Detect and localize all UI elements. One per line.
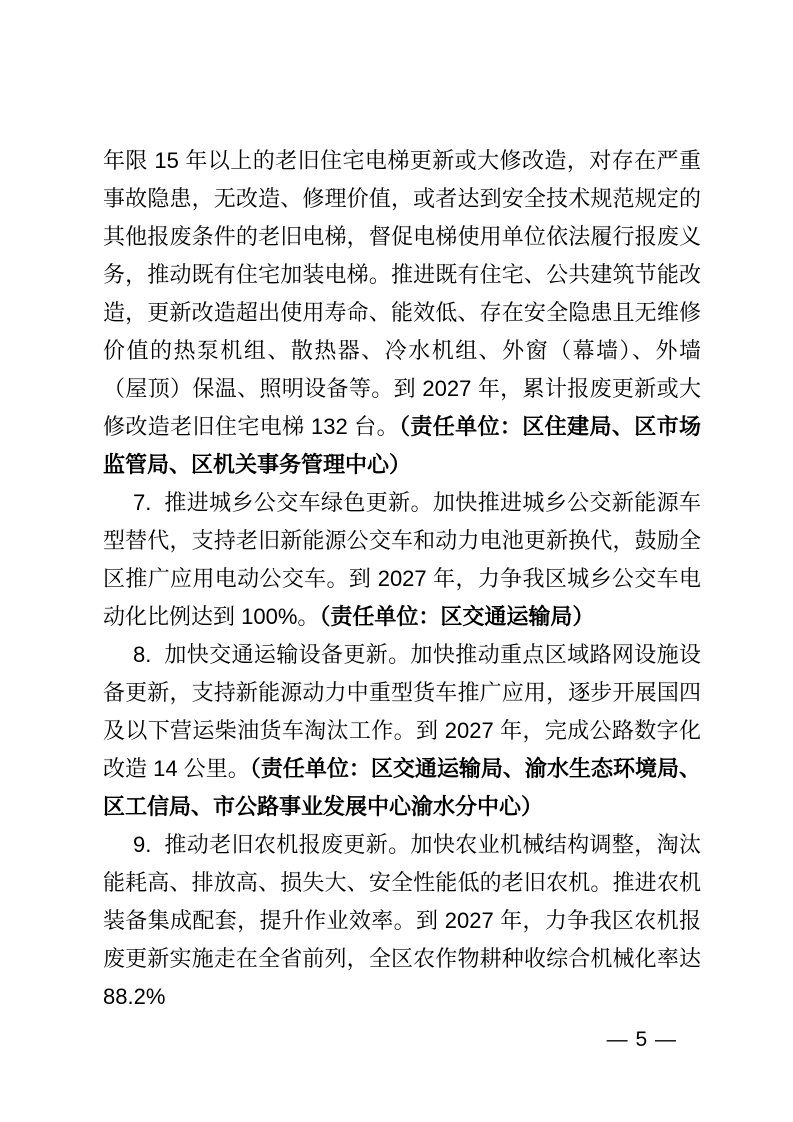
paragraph-elevator-renewal: 年限 15 年以上的老旧住宅电梯更新或大修改造，对存在严重事故隐患，无改造、修理… bbox=[103, 142, 701, 484]
paragraph-item-7-bus-renewal: 7. 推进城乡公交车绿色更新。加快推进城乡公交新能源车型替代，支持老旧新能源公交… bbox=[103, 484, 701, 636]
paragraph-text: 年限 15 年以上的老旧住宅电梯更新或大修改造，对存在严重事故隐患，无改造、修理… bbox=[103, 148, 701, 439]
responsibility-unit-bold: （责任单位：区交通运输局） bbox=[319, 604, 594, 629]
paragraph-item-9-farm-machinery: 9. 推动老旧农机报废更新。加快农业机械结构调整，淘汰能耗高、排放高、损失大、安… bbox=[103, 826, 701, 1016]
paragraph-text: 9. 推动老旧农机报废更新。加快农业机械结构调整，淘汰能耗高、排放高、损失大、安… bbox=[103, 832, 701, 1009]
page-number: — 5 — bbox=[607, 1026, 677, 1054]
paragraph-item-8-transport-equipment: 8. 加快交通运输设备更新。加快推动重点区域路网设施设备更新，支持新能源动力中重… bbox=[103, 636, 701, 826]
document-body: 年限 15 年以上的老旧住宅电梯更新或大修改造，对存在严重事故隐患，无改造、修理… bbox=[103, 142, 701, 1016]
document-page: 年限 15 年以上的老旧住宅电梯更新或大修改造，对存在严重事故隐患，无改造、修理… bbox=[0, 0, 793, 1122]
